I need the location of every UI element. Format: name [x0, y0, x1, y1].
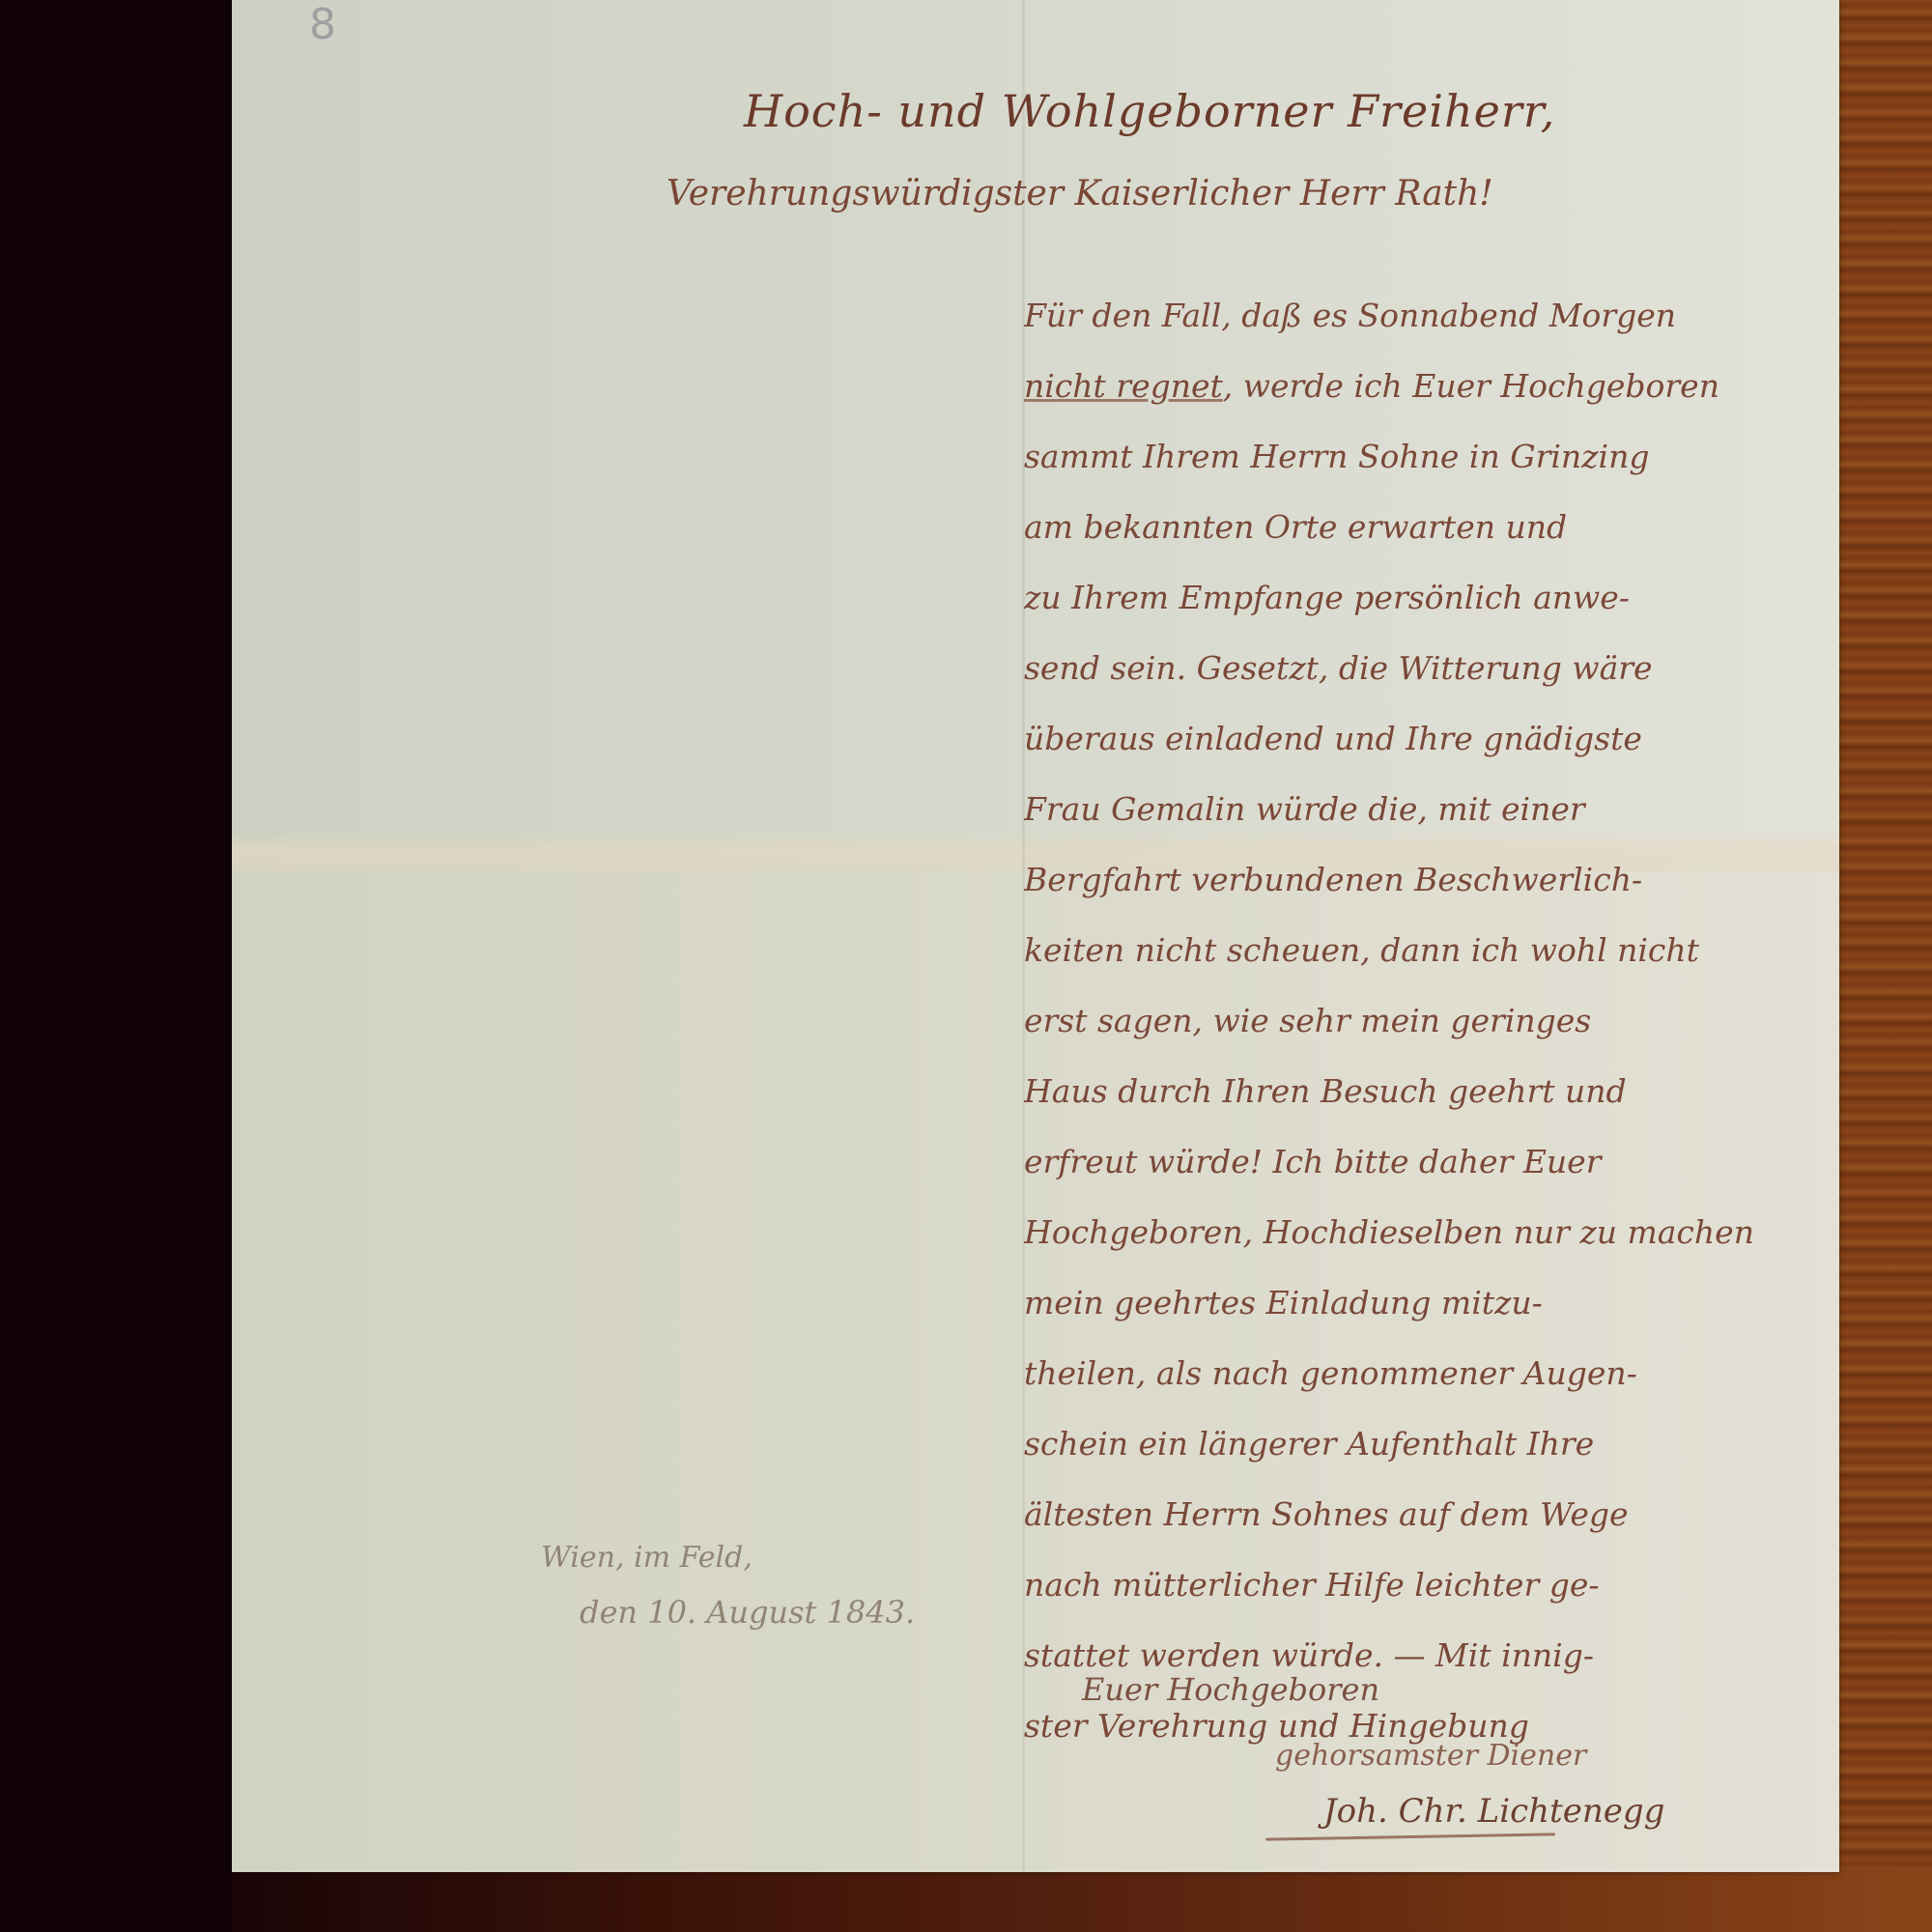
body-line-text: zu Ihrem Empfange persönlich anwe- — [1024, 579, 1630, 616]
body-line-text: Für den Fall, daß es Sonnabend Morgen — [1024, 297, 1676, 334]
body-line: sammt Ihrem Herrn Sohne in Grinzing — [1024, 421, 1826, 492]
body-line-text: theilen, als nach genommener Augen- — [1024, 1354, 1637, 1392]
wood-surface-bottom — [232, 1869, 1932, 1932]
body-line-text: mein geehrtes Einladung mitzu- — [1024, 1284, 1543, 1321]
body-line-text: Bergfahrt verbundenen Beschwerlich- — [1024, 861, 1642, 898]
body-line-text: Haus durch Ihren Besuch geehrt und — [1024, 1072, 1627, 1110]
body-line-text: sammt Ihrem Herrn Sohne in Grinzing — [1024, 438, 1649, 475]
body-line-text: Frau Gemalin würde die, mit einer — [1024, 790, 1585, 828]
body-line-text: überaus einladend und Ihre gnädigste — [1024, 720, 1642, 757]
body-line: erst sagen, wie sehr mein geringes — [1024, 985, 1826, 1056]
body-line-text: am bekannten Orte erwarten und — [1024, 508, 1567, 546]
body-line-text: send sein. Gesetzt, die Witterung wäre — [1024, 649, 1653, 687]
body-line: send sein. Gesetzt, die Witterung wäre — [1024, 633, 1826, 703]
body-line: Hochgeboren, Hochdieselben nur zu machen — [1024, 1197, 1826, 1267]
signature: Joh. Chr. Lichtenegg — [1323, 1792, 1664, 1831]
body-line: keiten nicht scheuen, dann ich wohl nich… — [1024, 915, 1826, 985]
archive-pencil-mark: 8 — [309, 0, 336, 49]
salutation-line-1: Hoch- und Wohlgeborner Freiherr, — [744, 85, 1555, 137]
body-line: zu Ihrem Empfange persönlich anwe- — [1024, 562, 1826, 633]
body-line: ältesten Herrn Sohnes auf dem Wege — [1024, 1479, 1826, 1549]
body-line: Frau Gemalin würde die, mit einer — [1024, 774, 1826, 844]
body-line-text: nach mütterlicher Hilfe leichter ge- — [1024, 1566, 1600, 1604]
body-line: überaus einladend und Ihre gnädigste — [1024, 703, 1826, 774]
body-line: theilen, als nach genommener Augen- — [1024, 1338, 1826, 1408]
letter-sheet: 8 Hoch- und Wohlgeborner Freiherr, Vereh… — [232, 0, 1839, 1872]
letter-body: Für den Fall, daß es Sonnabend Morgen ni… — [1024, 280, 1826, 1761]
wood-surface-right — [1835, 0, 1932, 1932]
salutation-line-2: Verehrungswürdigster Kaiserlicher Herr R… — [667, 174, 1493, 213]
body-line-text: keiten nicht scheuen, dann ich wohl nich… — [1024, 931, 1699, 969]
date-line: den 10. August 1843. — [580, 1594, 915, 1631]
body-line: schein ein längerer Aufenthalt Ihre — [1024, 1408, 1826, 1479]
body-line: am bekannten Orte erwarten und — [1024, 492, 1826, 562]
body-line: nach mütterlicher Hilfe leichter ge- — [1024, 1549, 1826, 1620]
body-line: Für den Fall, daß es Sonnabend Morgen — [1024, 280, 1826, 351]
body-line: nicht regnet, werde ich Euer Hochgeboren — [1024, 351, 1826, 421]
body-line-text: Hochgeboren, Hochdieselben nur zu machen — [1024, 1213, 1754, 1251]
body-line: erfreut würde! Ich bitte daher Euer — [1024, 1126, 1826, 1197]
body-line-text: schein ein längerer Aufenthalt Ihre — [1024, 1425, 1594, 1463]
place-line: Wien, im Feld, — [541, 1541, 753, 1575]
body-line-text: erst sagen, wie sehr mein geringes — [1024, 1002, 1591, 1039]
underlined-phrase: nicht regnet — [1024, 367, 1223, 405]
body-line: Bergfahrt verbundenen Beschwerlich- — [1024, 844, 1826, 915]
body-line: Haus durch Ihren Besuch geehrt und — [1024, 1056, 1826, 1126]
body-line-text: erfreut würde! Ich bitte daher Euer — [1024, 1143, 1601, 1180]
closing-address: Euer Hochgeboren — [1082, 1671, 1379, 1708]
body-line-text: stattet werden würde. — Mit innig- — [1024, 1636, 1594, 1674]
body-line: mein geehrtes Einladung mitzu- — [1024, 1267, 1826, 1338]
closing-servant: gehorsamster Diener — [1275, 1739, 1586, 1773]
body-line-text: , werde ich Euer Hochgeboren — [1223, 367, 1719, 405]
body-line-text: ältesten Herrn Sohnes auf dem Wege — [1024, 1495, 1629, 1533]
